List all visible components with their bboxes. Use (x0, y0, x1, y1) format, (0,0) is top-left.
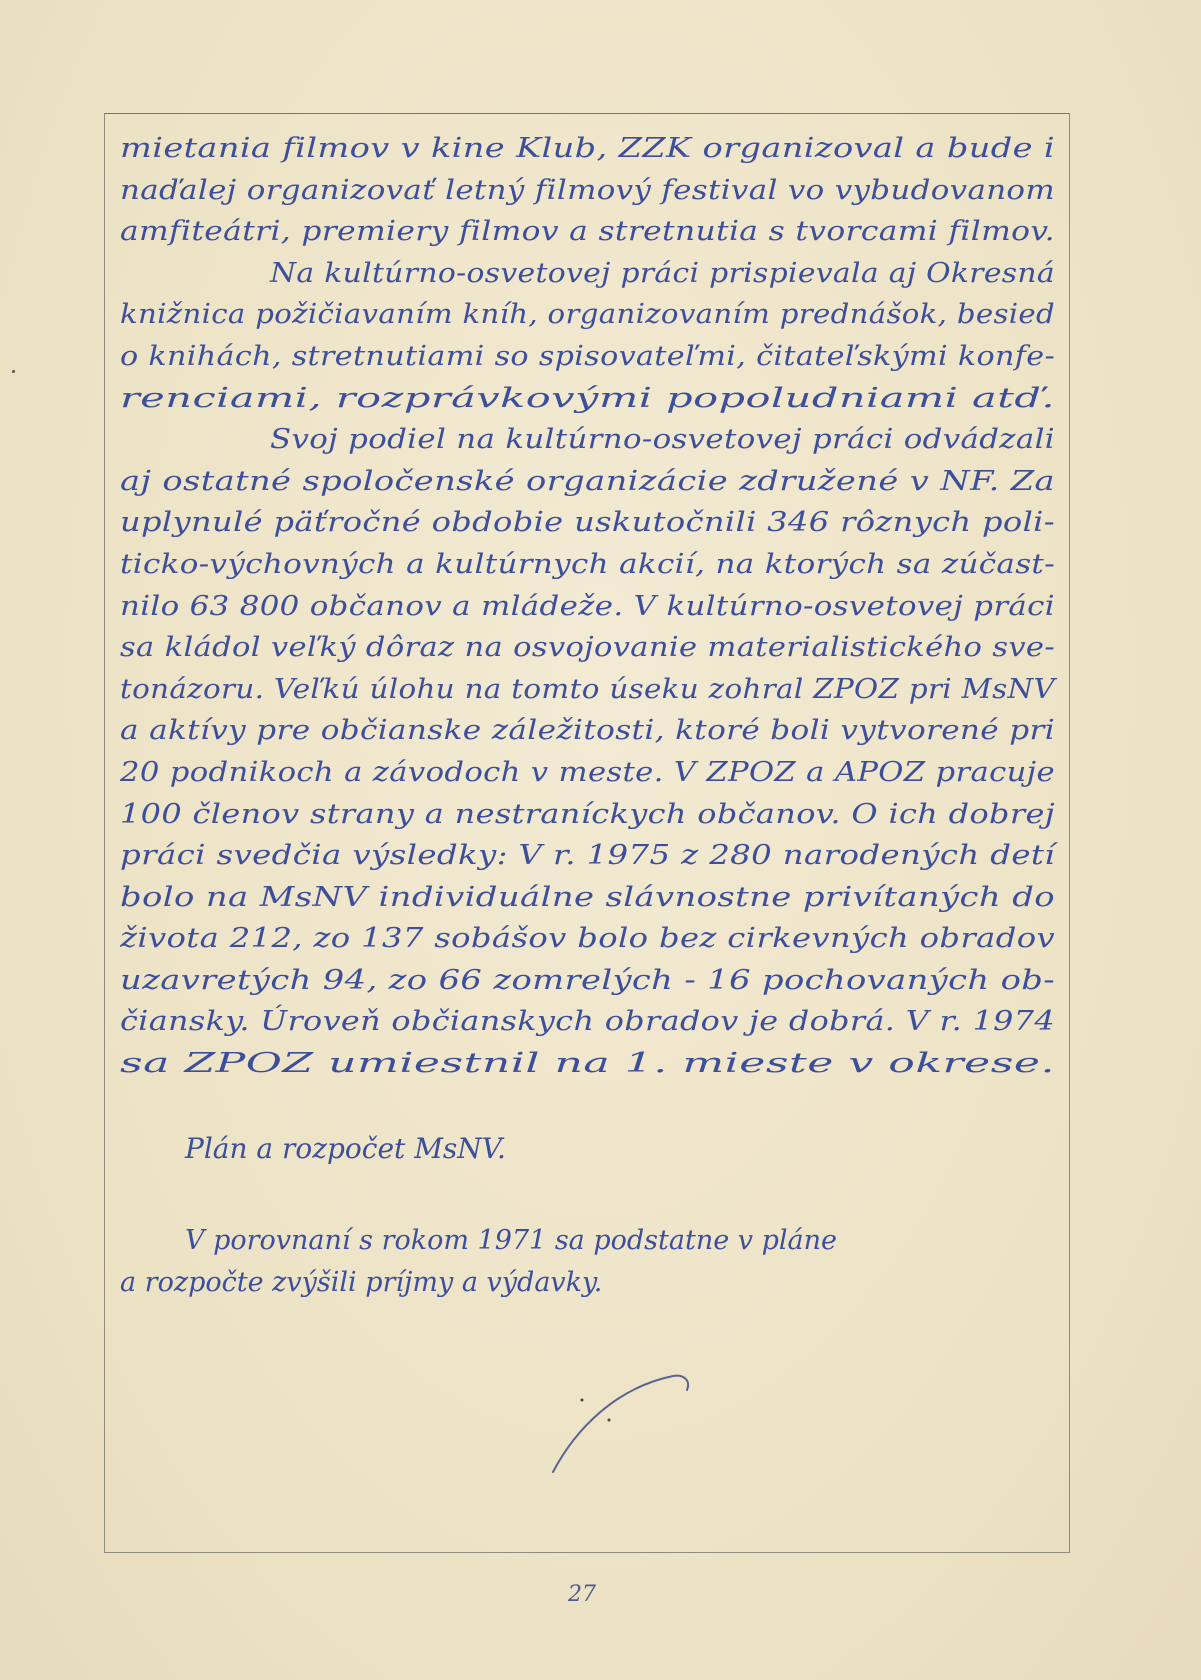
section-heading-plan-budget: Plán a rozpočet MsNV. (185, 1132, 506, 1165)
text-line: o knihách, stretnutiami so spisovateľmi,… (120, 336, 1060, 378)
text-line: sa kládol veľký dôraz na osvojovanie mat… (120, 627, 1060, 669)
text-line: Svoj podiel na kultúrno-osvetovej práci … (120, 419, 1060, 461)
text-line: bolo na MsNV individuálne slávnostne pri… (120, 877, 1060, 919)
text-line: 100 členov strany a nestraníckych občano… (120, 794, 1060, 836)
text-line: života 212, zo 137 sobášov bolo bez cirk… (120, 918, 1060, 960)
text-line: Na kultúrno-osvetovej práci prispievala … (120, 253, 1060, 295)
text-line: 20 podnikoch a závodoch v meste. V ZPOZ … (120, 752, 1060, 794)
text-line: ticko-výchovných a kultúrnych akcií, na … (120, 544, 1060, 586)
text-line: mietania filmov v kine Klub, ZZK organiz… (120, 128, 1060, 170)
text-line: amfiteátri, premiery filmov a stretnutia… (120, 211, 1060, 253)
text-line: tonázoru. Veľkú úlohu na tomto úseku zoh… (120, 669, 1060, 711)
text-line: aj ostatné spoločenské organizácie združ… (120, 461, 1060, 503)
text-line: čiansky. Úroveň občianskych obradov je d… (120, 1001, 1060, 1043)
text-line: renciami, rozprávkovými popoludniami atď… (120, 378, 1060, 420)
signature-stroke (545, 1370, 705, 1480)
text-line: práci svedčia výsledky: V r. 1975 z 280 … (120, 835, 1060, 877)
text-line: V porovnaní s rokom 1971 sa podstatne v … (120, 1220, 1060, 1262)
text-line: a rozpočte zvýšili príjmy a výdavky. (120, 1262, 1060, 1304)
margin-dot (12, 370, 15, 373)
paragraph-plan-budget: V porovnaní s rokom 1971 sa podstatne v … (120, 1220, 1060, 1303)
text-line: uplynulé päťročné obdobie uskutočnili 34… (120, 502, 1060, 544)
text-line: nilo 63 800 občanov a mládeže. V kultúrn… (120, 586, 1060, 628)
page-number: 27 (568, 1582, 596, 1607)
text-line: sa ZPOZ umiestnil na 1. mieste v okrese. (120, 1043, 1060, 1085)
text-line: naďalej organizovať letný filmový festiv… (120, 170, 1060, 212)
paragraph-culture-activities: mietania filmov v kine Klub, ZZK organiz… (120, 128, 1060, 1085)
text-line: uzavretých 94, zo 66 zomrelých - 16 poch… (120, 960, 1060, 1002)
text-line: a aktívy pre občianske záležitosti, ktor… (120, 710, 1060, 752)
text-line: knižnica požičiavaním kníh, organizovaní… (120, 294, 1060, 336)
